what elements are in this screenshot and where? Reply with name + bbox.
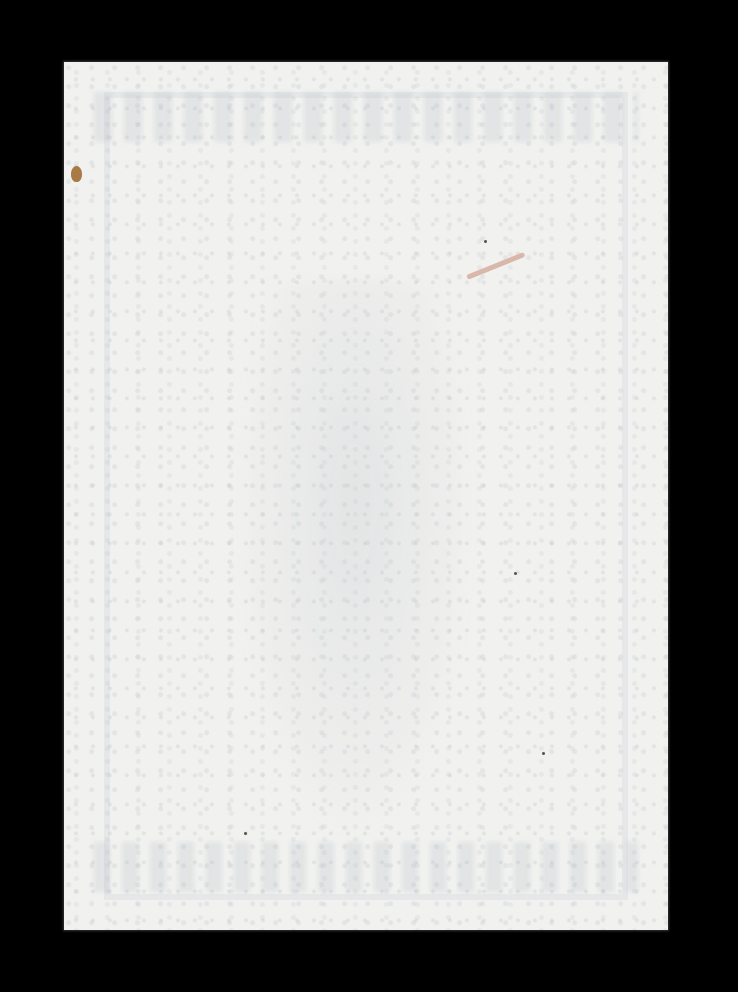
brown-spot [71, 166, 82, 182]
speck [484, 240, 487, 243]
speck [244, 832, 247, 835]
speck [514, 572, 517, 575]
stamp-back [64, 62, 668, 930]
show-through-bottom-text [94, 842, 638, 892]
speck [542, 752, 545, 755]
show-through-figure [234, 282, 474, 842]
